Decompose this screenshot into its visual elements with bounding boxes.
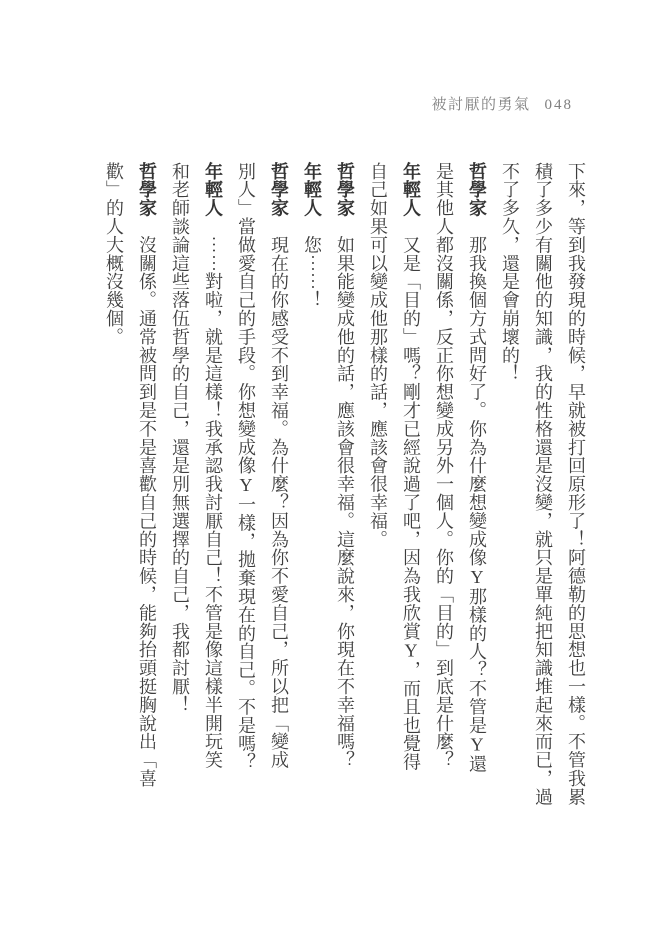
page-number: 048 [545, 97, 574, 113]
speaker-name: 哲學家 [269, 162, 289, 217]
running-header: 被討厭的勇氣048 [431, 93, 573, 114]
text-column: 歡」的人大概沒幾個。 [97, 162, 130, 824]
text-column: 自己如果可以變成他那樣的話，應該會很幸福。 [361, 162, 394, 824]
text-column: 是其他人都沒關係，反正你想變成另外一個人。你的「目的」到底是什麼？ [427, 162, 460, 824]
text-column: 下來，等到我發現的時候，早就被打回原形了！阿德勒的思想也一樣。不管我累 [559, 162, 592, 824]
text-column: 和老師談論這些落伍哲學的自己，還是別無選擇的自己，我都討厭！ [163, 162, 196, 824]
speaker-name: 年輕人 [401, 162, 421, 217]
text-column: 積了多少有關他的知識，我的性格還是沒變，就只是單純把知識堆起來而已，過 [526, 162, 559, 824]
speaker-name: 哲學家 [137, 162, 157, 217]
speaker-name: 哲學家 [467, 162, 487, 217]
text-column: 年輕人 又是「目的」嗎？剛才已經說過了吧，因為我欣賞Y，而且也覺得 [394, 162, 427, 824]
text-column: 哲學家 沒關係。通常被問到是不是喜歡自己的時候，能夠抬頭挺胸說出「喜 [130, 162, 163, 824]
text-column: 別人」當做愛自己的手段。你想變成像Y一樣，拋棄現在的自己。不是嗎？ [229, 162, 262, 824]
text-column: 哲學家 那我換個方式問好了。你為什麼想變成像Y那樣的人？不管是Y還 [460, 162, 493, 824]
page-body-text: 下來，等到我發現的時候，早就被打回原形了！阿德勒的思想也一樣。不管我累積了多少有… [97, 162, 592, 824]
text-column: 不了多久，還是會崩壞的！ [493, 162, 526, 824]
speaker-name: 年輕人 [203, 162, 223, 217]
speaker-name: 哲學家 [335, 162, 355, 217]
book-page: 被討厭的勇氣048 下來，等到我發現的時候，早就被打回原形了！阿德勒的思想也一樣… [0, 0, 663, 932]
text-column: 哲學家 現在的你感受不到幸福。為什麼？因為你不愛自己，所以把「變成 [262, 162, 295, 824]
text-column: 年輕人 ⋯⋯對啦，就是這樣！我承認我討厭自己！不管是像這樣半開玩笑 [196, 162, 229, 824]
text-column: 年輕人 您⋯⋯！ [295, 162, 328, 824]
speaker-name: 年輕人 [302, 162, 322, 217]
book-title: 被討厭的勇氣 [431, 97, 530, 113]
text-column: 哲學家 如果能變成他的話，應該會很幸福。這麼說來，你現在不幸福嗎？ [328, 162, 361, 824]
